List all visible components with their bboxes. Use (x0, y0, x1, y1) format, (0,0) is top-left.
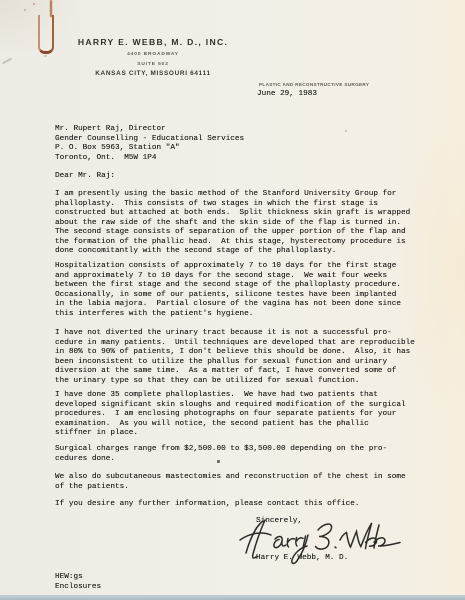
ink-speck (217, 460, 220, 463)
typed-signature-name: Harry E. Webb, M. D. (256, 554, 348, 564)
paragraph-2: Hospitalization consists of approximatel… (55, 262, 431, 319)
paragraph-7: If you desire any further information, p… (55, 500, 431, 510)
rust-stain-loop (38, 15, 54, 54)
letter-page: { "letterhead": { "name": "HARRY E. WEBB… (0, 0, 465, 600)
paragraph-1: I am presently using the basic method of… (55, 190, 431, 257)
date-line: June 29, 1983 (257, 90, 317, 100)
rust-speck (33, 3, 35, 5)
letterhead: HARRY E. WEBB, M. D., INC. 4400 BROADWAY… (58, 37, 248, 77)
letterhead-specialty: PLASTIC AND RECONSTRUCTIVE SURGERY (259, 82, 369, 87)
letterhead-city: KANSAS CITY, MISSOURI 64111 (58, 70, 248, 77)
scan-bottom-edge (0, 595, 465, 600)
paragraph-6: We also do subcutaneous mastectomies and… (55, 473, 431, 492)
enclosures-note: Enclosures (55, 583, 101, 593)
ink-speck (345, 130, 347, 132)
paragraph-3: I have not diverted the urinary tract be… (55, 329, 431, 386)
reference-initials: HEW:gs (55, 573, 83, 583)
letterhead-suite: SUITE 502 (58, 62, 248, 67)
recipient-address: Mr. Rupert Raj, Director Gender Counsell… (55, 125, 431, 163)
rust-speck (24, 9, 26, 11)
letterhead-street: 4400 BROADWAY (58, 52, 248, 57)
paragraph-5: Surgical charges range from $2,500.00 to… (55, 445, 431, 464)
paragraph-4: I have done 35 complete phalloplasties. … (55, 391, 431, 439)
rust-speck (44, 55, 47, 57)
letterhead-name: HARRY E. WEBB, M. D., INC. (58, 37, 248, 47)
scratch-mark (2, 58, 12, 64)
salutation: Dear Mr. Raj: (55, 172, 431, 182)
